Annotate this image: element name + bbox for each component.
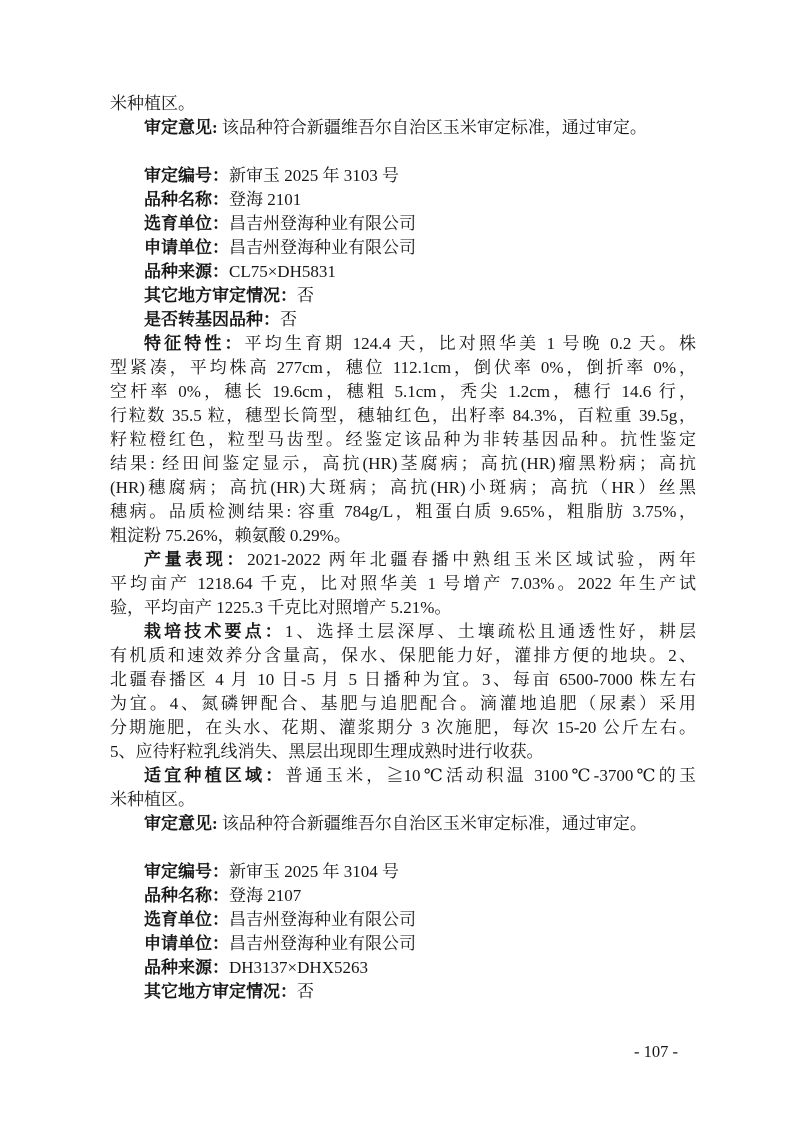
field-applicant-unit-3103: 申请单位：昌吉州登海种业有限公司 [110,236,696,260]
line-text: 米种植区。 [110,790,195,809]
para-characteristics-line-2: 型紧凑，平均株高 277cm，穗位 112.1cm，倒伏率 0%，倒折率 0%， [110,356,696,380]
field-label: 栽培技术要点： [144,622,285,641]
para-cultivation-line-5: 分期施肥，在头水、花期、灌浆期分 3 次施肥，每次 15-20 公斤左右。 [110,716,696,740]
para-cultivation-line-2: 有机质和速效养分含量高，保水、保肥能力好，灌排方便的地块。2、 [110,644,696,668]
para-yield-line-2: 平均亩产 1218.64 千克，比对照华美 1 号增产 7.03%。2022 年… [110,572,696,596]
field-label: 申请单位： [144,238,229,257]
field-variety-origin-3103: 品种来源：CL75×DH5831 [110,260,696,284]
para-characteristics-line-7: (HR)穗腐病；高抗(HR)大斑病；高抗(HR)小斑病；高抗（HR）丝黑 [110,476,696,500]
field-label: 品种来源： [144,262,229,281]
field-breeding-unit-3103: 选育单位：昌吉州登海种业有限公司 [110,212,696,236]
para-yield-line-3: 验，平均亩产 1225.3 千克比对照增产 5.21%。 [110,596,696,620]
field-label: 审定编号： [144,862,229,881]
line-text: 新审玉 2025 年 3103 号 [229,166,399,185]
field-label: 其它地方审定情况： [144,286,297,305]
field-label: 审定意见: [144,814,222,833]
field-breeding-unit-3104: 选育单位：昌吉州登海种业有限公司 [110,908,696,932]
field-other-certification-3104: 其它地方审定情况：否 [110,980,696,1004]
field-other-certification-3103: 其它地方审定情况：否 [110,284,696,308]
para-suitable-region-line-2: 米种植区。 [110,788,696,812]
line-text: 昌吉州登海种业有限公司 [229,910,416,929]
line-text: CL75×DH5831 [229,262,336,281]
line-text: 粗淀粉 75.26%，赖氨酸 0.29%。 [110,526,351,545]
para-characteristics-line-8: 穗病。品质检测结果: 容重 784g/L，粗蛋白质 9.65%，粗脂肪 3.75… [110,500,696,524]
line-text: 空杆率 0%，穗长 19.6cm，穗粗 5.1cm，秃尖 1.2cm，穗行 14… [110,382,696,401]
field-certification-number-3104: 审定编号：新审玉 2025 年 3104 号 [110,860,696,884]
field-label: 适宜种植区域： [144,766,285,785]
line-text: 分期施肥，在头水、花期、灌浆期分 3 次施肥，每次 15-20 公斤左右。 [110,718,696,737]
line-text: 该品种符合新疆维吾尔自治区玉米审定标准，通过审定。 [222,118,647,137]
line-text: 2021-2022 两年北疆春播中熟组玉米区域试验，两年 [247,550,696,569]
blank-line [110,140,696,164]
line-text: 平均亩产 1218.64 千克，比对照华美 1 号增产 7.03%。2022 年… [110,574,696,593]
para-cultivation-line-3: 北疆春播区 4 月 10 日-5 月 5 日播种为宜。3、每亩 6500-700… [110,668,696,692]
field-label: 审定意见: [144,118,222,137]
para-characteristics-line-3: 空杆率 0%，穗长 19.6cm，穗粗 5.1cm，秃尖 1.2cm，穗行 14… [110,380,696,404]
line-text: 5、应待籽粒乳线消失、黑层出现即生理成熟时进行收获。 [110,742,544,761]
line-text: 籽粒橙红色，粒型马齿型。经鉴定该品种为非转基因品种。抗性鉴定 [110,430,696,449]
line-text: 普通玉米，≧10℃活动积温 3100℃-3700℃的玉 [285,766,696,785]
field-variety-name-3104: 品种名称：登海 2107 [110,884,696,908]
line-text: 否 [280,310,297,329]
line-text: 1、选择土层深厚、土壤疏松且通透性好，耕层 [285,622,696,641]
line-text: 登海 2101 [229,190,301,209]
para-characteristics-line-1: 特征特性：平均生育期 124.4 天，比对照华美 1 号晚 0.2 天。株 [110,332,696,356]
line-text: 行粒数 35.5 粒，穗型长筒型，穗轴红色，出籽率 84.3%，百粒重 39.5… [110,406,696,425]
para-characteristics-line-4: 行粒数 35.5 粒，穗型长筒型，穗轴红色，出籽率 84.3%，百粒重 39.5… [110,404,696,428]
line-text: 验，平均亩产 1225.3 千克比对照增产 5.21%。 [110,598,451,617]
line-text: 新审玉 2025 年 3104 号 [229,862,399,881]
line-text: 昌吉州登海种业有限公司 [229,238,416,257]
field-label: 是否转基因品种： [144,310,280,329]
field-label: 其它地方审定情况： [144,982,297,1001]
field-applicant-unit-3104: 申请单位：昌吉州登海种业有限公司 [110,932,696,956]
para-cultivation-line-6: 5、应待籽粒乳线消失、黑层出现即生理成熟时进行收获。 [110,740,696,764]
line-text: 结果: 经田间鉴定显示，高抗(HR)茎腐病；高抗(HR)瘤黑粉病；高抗 [110,454,696,473]
field-label: 品种名称： [144,190,229,209]
field-label: 产量表现： [144,550,247,569]
line-text: 该品种符合新疆维吾尔自治区玉米审定标准，通过审定。 [222,814,647,833]
line-text: 穗病。品质检测结果: 容重 784g/L，粗蛋白质 9.65%，粗脂肪 3.75… [110,502,696,521]
line-text: 为宜。4、氮磷钾配合、基肥与追肥配合。滴灌地追肥（尿素）采用 [110,694,696,713]
line-text: 米种植区。 [110,94,195,113]
para-suitable-region-line-1: 适宜种植区域：普通玉米，≧10℃活动积温 3100℃-3700℃的玉 [110,764,696,788]
field-label: 选育单位： [144,214,229,233]
line-text: (HR)穗腐病；高抗(HR)大斑病；高抗(HR)小斑病；高抗（HR）丝黑 [110,478,696,497]
line-text: 北疆春播区 4 月 10 日-5 月 5 日播种为宜。3、每亩 6500-700… [110,670,696,689]
field-label: 申请单位： [144,934,229,953]
page-number: - 107 - [634,1042,678,1062]
para-characteristics-line-9: 粗淀粉 75.26%，赖氨酸 0.29%。 [110,524,696,548]
field-label: 审定编号： [144,166,229,185]
line-text: 否 [297,286,314,305]
line-text: 昌吉州登海种业有限公司 [229,934,416,953]
field-label: 品种来源： [144,958,229,977]
line-text: 否 [297,982,314,1001]
line-region-continuation: 米种植区。 [110,92,696,116]
para-characteristics-line-6: 结果: 经田间鉴定显示，高抗(HR)茎腐病；高抗(HR)瘤黑粉病；高抗 [110,452,696,476]
blank-line [110,836,696,860]
line-text: 平均生育期 124.4 天，比对照华美 1 号晚 0.2 天。株 [245,334,696,353]
document-page: 米种植区。 审定意见: 该品种符合新疆维吾尔自治区玉米审定标准，通过审定。 审定… [0,0,793,1122]
field-gmo-status-3103: 是否转基因品种：否 [110,308,696,332]
para-cultivation-line-1: 栽培技术要点：1、选择土层深厚、土壤疏松且通透性好，耕层 [110,620,696,644]
line-text: 昌吉州登海种业有限公司 [229,214,416,233]
para-cultivation-line-4: 为宜。4、氮磷钾配合、基肥与追肥配合。滴灌地追肥（尿素）采用 [110,692,696,716]
field-label: 选育单位： [144,910,229,929]
field-certification-opinion-prev: 审定意见: 该品种符合新疆维吾尔自治区玉米审定标准，通过审定。 [110,116,696,140]
field-variety-origin-3104: 品种来源：DH3137×DHX5263 [110,956,696,980]
field-label: 特征特性： [144,334,245,353]
para-yield-line-1: 产量表现：2021-2022 两年北疆春播中熟组玉米区域试验，两年 [110,548,696,572]
line-text: 登海 2107 [229,886,301,905]
field-certification-number-3103: 审定编号：新审玉 2025 年 3103 号 [110,164,696,188]
field-label: 品种名称： [144,886,229,905]
line-text: DH3137×DHX5263 [229,958,368,977]
line-text: 有机质和速效养分含量高，保水、保肥能力好，灌排方便的地块。2、 [110,646,696,665]
line-text: 型紧凑，平均株高 277cm，穗位 112.1cm，倒伏率 0%，倒折率 0%， [110,358,696,377]
para-characteristics-line-5: 籽粒橙红色，粒型马齿型。经鉴定该品种为非转基因品种。抗性鉴定 [110,428,696,452]
field-variety-name-3103: 品种名称：登海 2101 [110,188,696,212]
document-body: 米种植区。 审定意见: 该品种符合新疆维吾尔自治区玉米审定标准，通过审定。 审定… [110,92,696,1004]
field-certification-opinion-3103: 审定意见: 该品种符合新疆维吾尔自治区玉米审定标准，通过审定。 [110,812,696,836]
